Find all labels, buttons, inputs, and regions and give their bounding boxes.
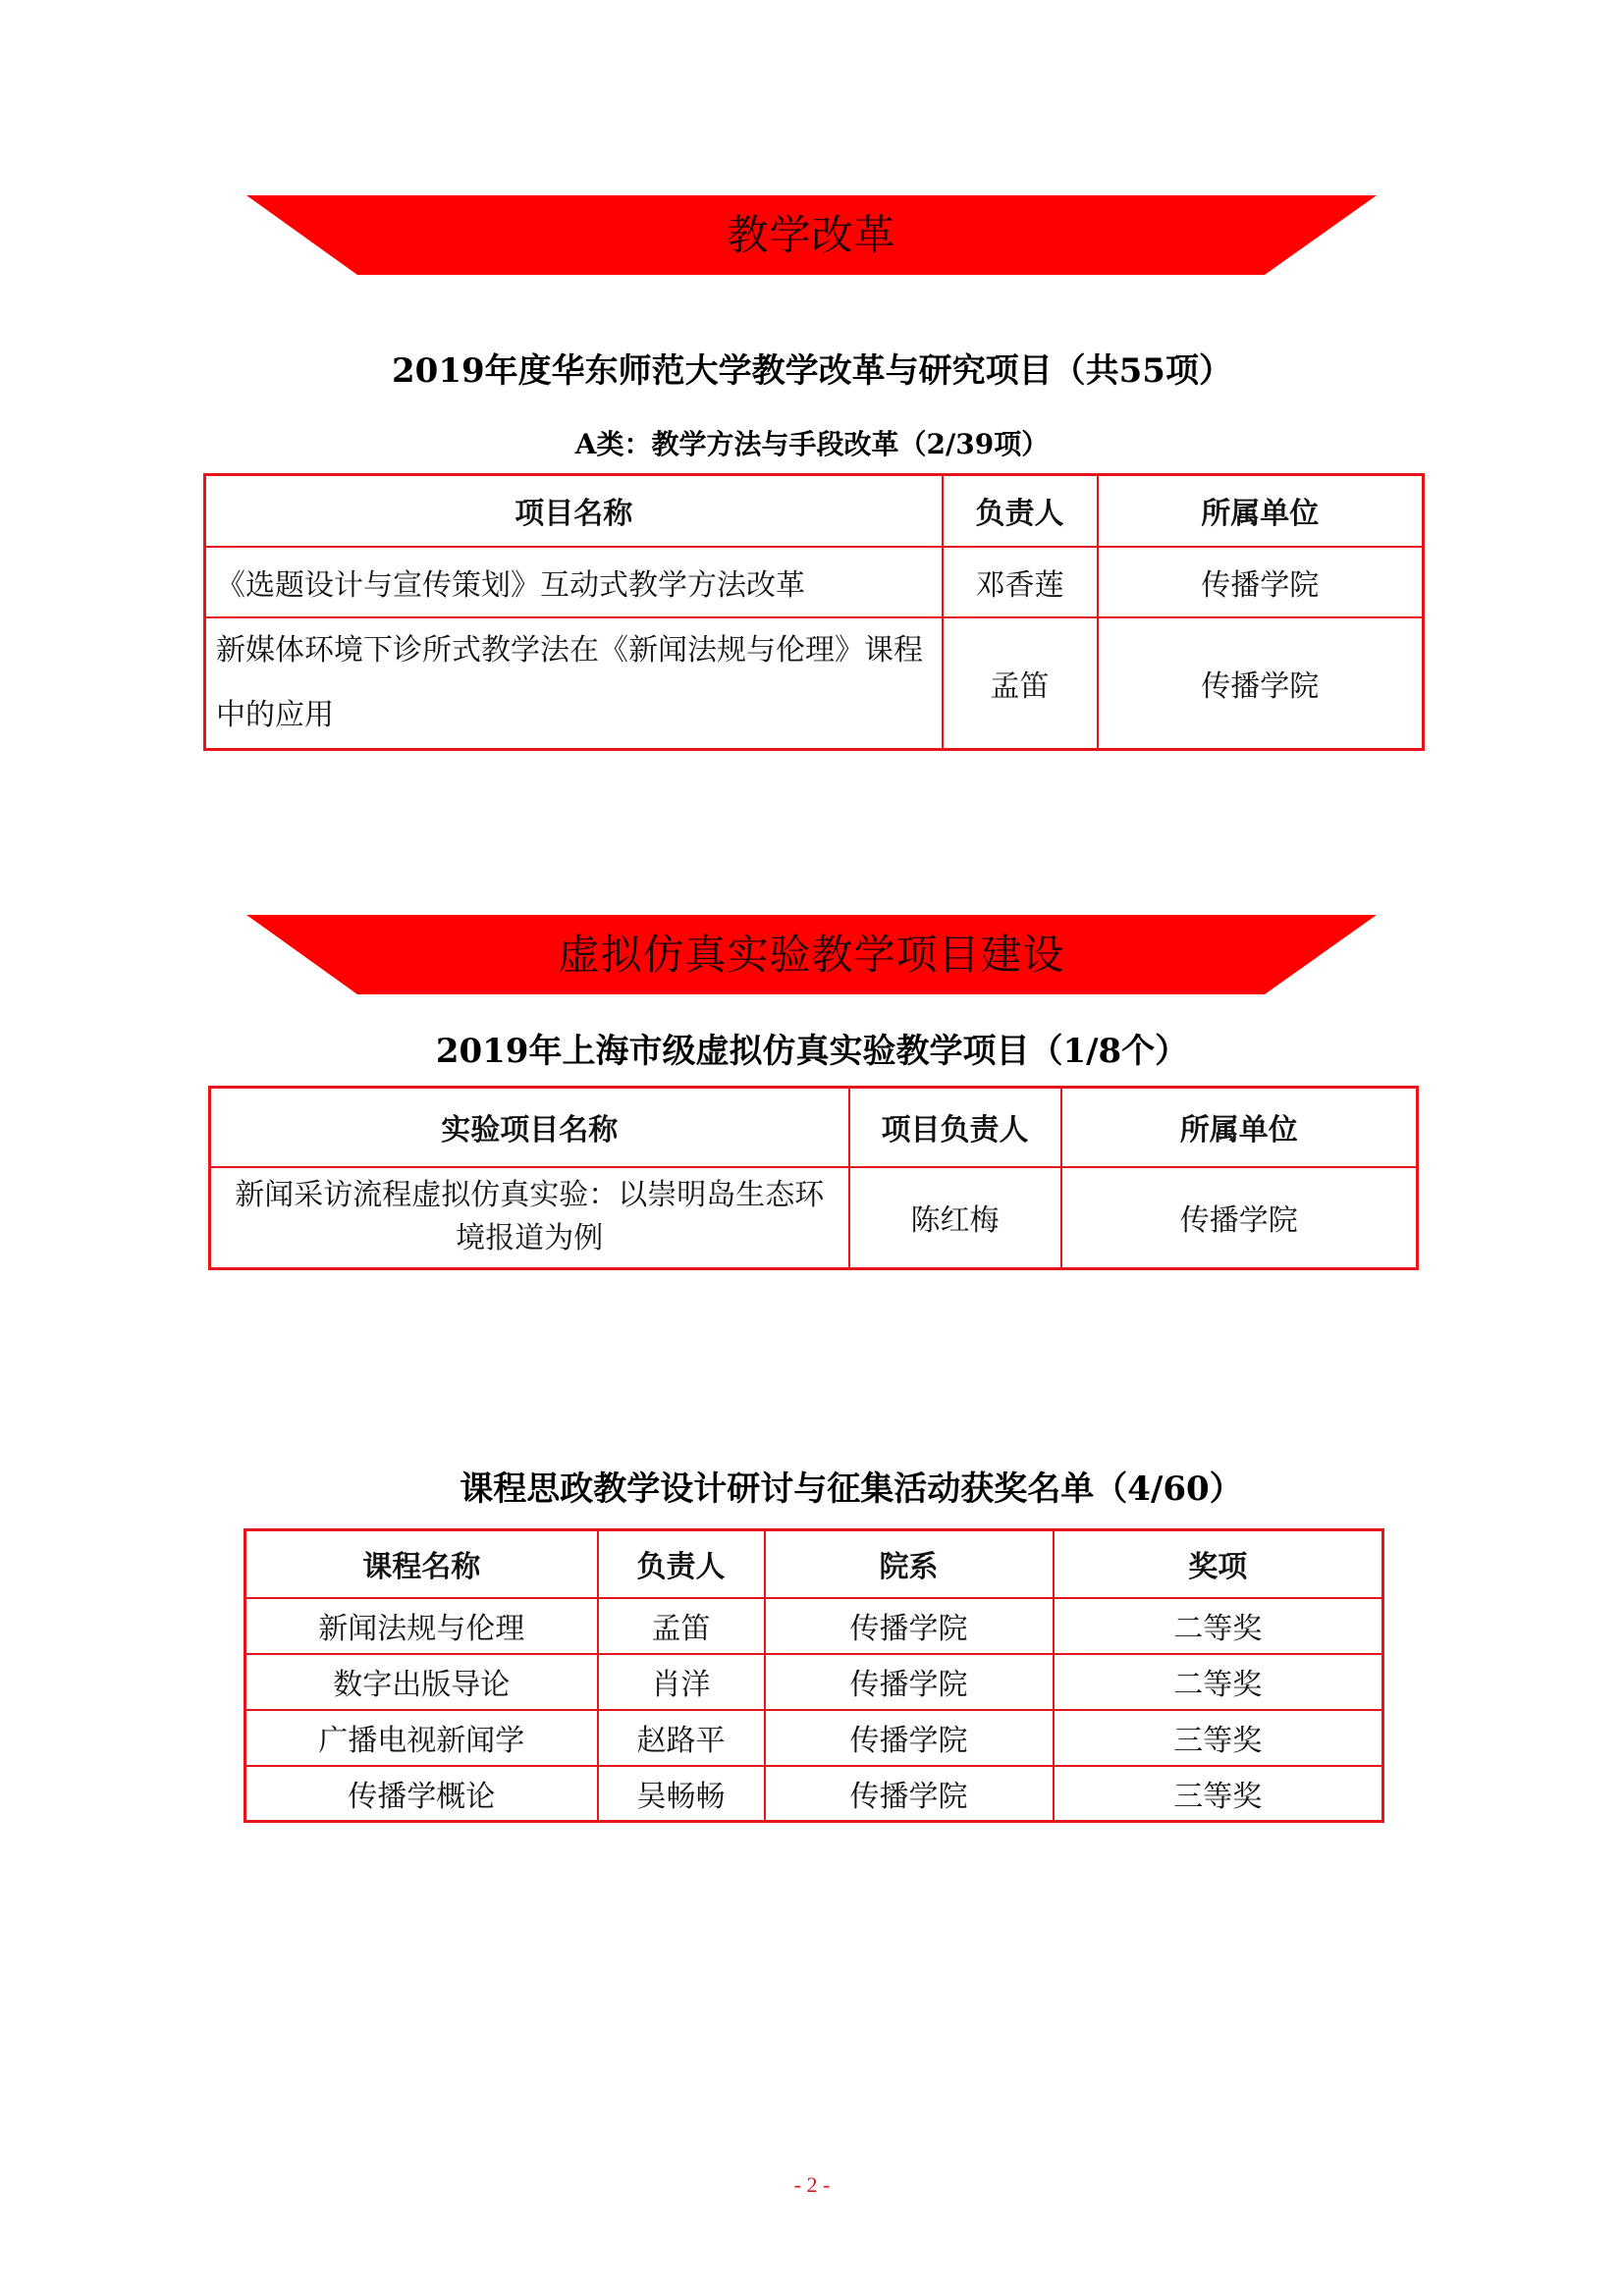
section2-heading: 2019年上海市级虚拟仿真实验教学项目（1/8个） bbox=[0, 1024, 1624, 1072]
virtual-simulation-table: 实验项目名称 项目负责人 所属单位 新闻采访流程虚拟仿真实验：以崇明岛生态环境报… bbox=[208, 1086, 1419, 1270]
header-unit: 所属单位 bbox=[1098, 475, 1424, 547]
cell-department: 传播学院 bbox=[765, 1598, 1054, 1654]
cell-leader: 吴畅畅 bbox=[598, 1766, 765, 1822]
cell-department: 传播学院 bbox=[765, 1710, 1054, 1766]
header-leader: 负责人 bbox=[598, 1530, 765, 1598]
table-row: 新媒体环境下诊所式教学法在《新闻法规与伦理》课程中的应用 孟笛 传播学院 bbox=[205, 617, 1424, 750]
cell-project-leader: 陈红梅 bbox=[849, 1167, 1061, 1269]
header-unit: 所属单位 bbox=[1061, 1088, 1418, 1167]
cell-project-name: 《选题设计与宣传策划》互动式教学方法改革 bbox=[205, 547, 943, 617]
header-award: 奖项 bbox=[1054, 1530, 1383, 1598]
table-header-row: 课程名称 负责人 院系 奖项 bbox=[245, 1530, 1383, 1598]
cell-course-name: 数字出版导论 bbox=[245, 1654, 598, 1710]
teaching-reform-table: 项目名称 负责人 所属单位 《选题设计与宣传策划》互动式教学方法改革 邓香莲 传… bbox=[203, 473, 1425, 751]
header-leader: 负责人 bbox=[943, 475, 1098, 547]
cell-leader: 孟笛 bbox=[598, 1598, 765, 1654]
section-banner-teaching-reform: 教学改革 bbox=[246, 195, 1377, 275]
header-project-name: 项目名称 bbox=[205, 475, 943, 547]
banner-title: 虚拟仿真实验教学项目建设 bbox=[246, 915, 1377, 994]
header-experiment-name: 实验项目名称 bbox=[210, 1088, 849, 1167]
section-banner-virtual-simulation: 虚拟仿真实验教学项目建设 bbox=[246, 915, 1377, 994]
course-ideology-awards-table: 课程名称 负责人 院系 奖项 新闻法规与伦理 孟笛 传播学院 二等奖 数字出版导… bbox=[244, 1528, 1384, 1823]
header-project-leader: 项目负责人 bbox=[849, 1088, 1061, 1167]
table-header-row: 项目名称 负责人 所属单位 bbox=[205, 475, 1424, 547]
cell-leader: 赵路平 bbox=[598, 1710, 765, 1766]
table-row: 《选题设计与宣传策划》互动式教学方法改革 邓香莲 传播学院 bbox=[205, 547, 1424, 617]
banner-title: 教学改革 bbox=[246, 195, 1377, 275]
table-header-row: 实验项目名称 项目负责人 所属单位 bbox=[210, 1088, 1418, 1167]
table-row: 数字出版导论 肖洋 传播学院 二等奖 bbox=[245, 1654, 1383, 1710]
cell-course-name: 新闻法规与伦理 bbox=[245, 1598, 598, 1654]
header-course-name: 课程名称 bbox=[245, 1530, 598, 1598]
section1-subheading: A类：教学方法与手段改革（2/39项） bbox=[0, 423, 1624, 462]
cell-leader: 邓香莲 bbox=[943, 547, 1098, 617]
cell-department: 传播学院 bbox=[765, 1766, 1054, 1822]
cell-project-name: 新媒体环境下诊所式教学法在《新闻法规与伦理》课程中的应用 bbox=[205, 617, 943, 750]
cell-experiment-name: 新闻采访流程虚拟仿真实验：以崇明岛生态环境报道为例 bbox=[210, 1167, 849, 1269]
cell-award: 二等奖 bbox=[1054, 1654, 1383, 1710]
cell-leader: 孟笛 bbox=[943, 617, 1098, 750]
table-row: 新闻采访流程虚拟仿真实验：以崇明岛生态环境报道为例 陈红梅 传播学院 bbox=[210, 1167, 1418, 1269]
cell-award: 三等奖 bbox=[1054, 1710, 1383, 1766]
cell-unit: 传播学院 bbox=[1098, 617, 1424, 750]
cell-award: 三等奖 bbox=[1054, 1766, 1383, 1822]
section3-heading: 课程思政教学设计研讨与征集活动获奖名单（4/60） bbox=[0, 1462, 1624, 1510]
cell-leader: 肖洋 bbox=[598, 1654, 765, 1710]
cell-award: 二等奖 bbox=[1054, 1598, 1383, 1654]
table-row: 新闻法规与伦理 孟笛 传播学院 二等奖 bbox=[245, 1598, 1383, 1654]
section1-heading: 2019年度华东师范大学教学改革与研究项目（共55项） bbox=[0, 344, 1624, 392]
cell-unit: 传播学院 bbox=[1098, 547, 1424, 617]
table-row: 广播电视新闻学 赵路平 传播学院 三等奖 bbox=[245, 1710, 1383, 1766]
header-department: 院系 bbox=[765, 1530, 1054, 1598]
cell-unit: 传播学院 bbox=[1061, 1167, 1418, 1269]
cell-department: 传播学院 bbox=[765, 1654, 1054, 1710]
page-number: - 2 - bbox=[0, 2172, 1624, 2198]
table-row: 传播学概论 吴畅畅 传播学院 三等奖 bbox=[245, 1766, 1383, 1822]
cell-course-name: 广播电视新闻学 bbox=[245, 1710, 598, 1766]
cell-course-name: 传播学概论 bbox=[245, 1766, 598, 1822]
